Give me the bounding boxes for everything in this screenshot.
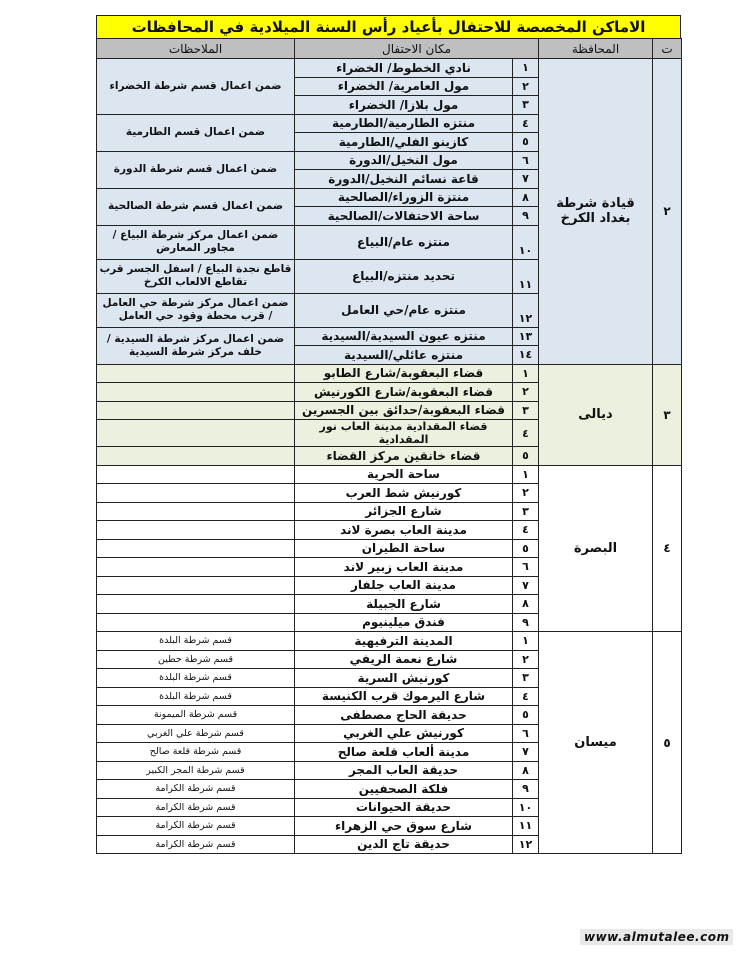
row-note: قسم شرطة الميمونة	[97, 706, 295, 725]
row-note: ضمن اعمال مركز شرطة البياع /مجاور المعار…	[97, 225, 295, 259]
section-seq: ٣	[653, 364, 682, 465]
row-note-empty	[97, 383, 295, 402]
header-place: مكان الاحتفال	[295, 39, 539, 59]
row-place: كازينو الفلي/الطارمية	[295, 133, 513, 152]
section-baghdad-karkh: ٢ قيادة شرطة بغداد الكرخ ١ نادي الخطوط/ …	[97, 59, 682, 365]
celebration-locations-table: ت المحافظة مكان الاحتفال الملاحظات ٢ قيا…	[96, 38, 682, 854]
row-place: نادي الخطوط/ الخضراء	[295, 59, 513, 78]
row-place: مدينة العاب زبير لاند	[295, 558, 513, 577]
row-place: منتزه عيون السيدية/السيدية	[295, 327, 513, 346]
row-number: ١	[513, 632, 539, 651]
row-note: قسم شرطة قلعة صالح	[97, 743, 295, 762]
row-number: ٥	[513, 706, 539, 725]
row-number: ١٢	[513, 293, 539, 327]
row-place: حديقة الحيوانات	[295, 798, 513, 817]
header-notes: الملاحظات	[97, 39, 295, 59]
row-number: ٥	[513, 447, 539, 466]
section-governorate: ديالى	[539, 364, 653, 465]
row-place: قضاء البعقوبة/حدائق بين الجسرين	[295, 401, 513, 420]
row-number: ٨	[513, 595, 539, 614]
row-place: مول العامرية/ الخضراء	[295, 77, 513, 96]
row-note-empty	[97, 502, 295, 521]
section-governorate: البصرة	[539, 465, 653, 632]
row-number: ١١	[513, 817, 539, 836]
row-note: قسم شرطة الكرامة	[97, 798, 295, 817]
section-seq: ٤	[653, 465, 682, 632]
row-place: شارع الجبيلة	[295, 595, 513, 614]
row-note: ضمن اعمال قسم شرطة الخضراء	[97, 59, 295, 115]
row-note: ضمن اعمال قسم الطارمية	[97, 114, 295, 151]
row-place: قضاء المقدادية مدينة العاب نور المقدادية	[295, 420, 513, 447]
row-note: قاطع نجدة البياع / اسفل الجسر قرب تقاطع …	[97, 259, 295, 293]
row-note: قسم شرطة الكرامة	[97, 835, 295, 854]
row-number: ٦	[513, 558, 539, 577]
section-governorate: ميسان	[539, 632, 653, 854]
row-note-empty	[97, 521, 295, 540]
row-note: قسم شرطة حطين	[97, 650, 295, 669]
row-note: قسم شرطة البلدة	[97, 632, 295, 651]
row-note: ضمن اعمال مركز شرطة حي العامل / قرب محطة…	[97, 293, 295, 327]
row-place: كورنيش السرية	[295, 669, 513, 688]
row-number: ٢	[513, 77, 539, 96]
row-number: ٧	[513, 576, 539, 595]
row-place: شارع الجزائر	[295, 502, 513, 521]
row-note-empty	[97, 576, 295, 595]
row-note-empty	[97, 539, 295, 558]
row-number: ٩	[513, 207, 539, 226]
row-place: مدينة العاب بصرة لاند	[295, 521, 513, 540]
row-number: ٦	[513, 151, 539, 170]
row-number: ١	[513, 59, 539, 78]
row-number: ٣	[513, 669, 539, 688]
row-note: ضمن اعمال قسم شرطة الصالحية	[97, 188, 295, 225]
row-place: ساحة الاحتفالات/الصالحية	[295, 207, 513, 226]
row-place: كورنيش علي الغربي	[295, 724, 513, 743]
row-note: ضمن اعمال قسم شرطة الدورة	[97, 151, 295, 188]
row-note: قسم شرطة الكرامة	[97, 780, 295, 799]
row-place: حديقة العاب المجر	[295, 761, 513, 780]
row-place: كورنيش شط العرب	[295, 484, 513, 503]
row-place: منتزة الزوراء/الصالحية	[295, 188, 513, 207]
row-number: ١	[513, 465, 539, 484]
row-place: قضاء البعقوبة/شارع الطابو	[295, 364, 513, 383]
row-place: مول النخيل/الدورة	[295, 151, 513, 170]
row-place: منتزه عام/حي العامل	[295, 293, 513, 327]
row-number: ٦	[513, 724, 539, 743]
table-row: ٢ قيادة شرطة بغداد الكرخ ١ نادي الخطوط/ …	[97, 59, 682, 78]
section-seq: ٥	[653, 632, 682, 854]
row-number: ٧	[513, 170, 539, 189]
row-number: ١٤	[513, 346, 539, 365]
row-number: ٥	[513, 133, 539, 152]
row-number: ٨	[513, 188, 539, 207]
row-number: ٩	[513, 780, 539, 799]
section-diyala: ٣ ديالى ١ قضاء البعقوبة/شارع الطابو ٢ قض…	[97, 364, 682, 465]
row-place: منتزه عائلي/السيدية	[295, 346, 513, 365]
row-place: ساحة الحرية	[295, 465, 513, 484]
section-seq: ٢	[653, 59, 682, 365]
table-row: ٣ ديالى ١ قضاء البعقوبة/شارع الطابو	[97, 364, 682, 383]
row-number: ٣	[513, 502, 539, 521]
row-place: شارع نعمة الريفي	[295, 650, 513, 669]
row-number: ٢	[513, 650, 539, 669]
row-place: قضاء البعقوبة/شارع الكورنيش	[295, 383, 513, 402]
row-number: ٥	[513, 539, 539, 558]
header-seq: ت	[653, 39, 682, 59]
row-place: قاعة نسائم النخيل/الدورة	[295, 170, 513, 189]
section-maysan: ٥ ميسان ١ المدينة الترفيهية قسم شرطة الب…	[97, 632, 682, 854]
row-place: منتزه عام/البياع	[295, 225, 513, 259]
table-row: ٤ البصرة ١ ساحة الحرية	[97, 465, 682, 484]
row-note-empty	[97, 465, 295, 484]
row-number: ٤	[513, 114, 539, 133]
row-number: ٢	[513, 484, 539, 503]
row-place: حديقة الحاج مصطفى	[295, 706, 513, 725]
row-note-empty	[97, 613, 295, 632]
row-note-empty	[97, 447, 295, 466]
row-number: ١	[513, 364, 539, 383]
row-note-empty	[97, 420, 295, 447]
row-note: قسم شرطة البلدة	[97, 687, 295, 706]
row-note-empty	[97, 401, 295, 420]
document-sheet: الاماكن المخصصة للاحتفال بأعياد رأس السن…	[96, 15, 681, 854]
row-number: ١١	[513, 259, 539, 293]
row-note-empty	[97, 558, 295, 577]
section-basra: ٤ البصرة ١ ساحة الحرية ٢ كورنيش شط العرب…	[97, 465, 682, 632]
row-number: ١٢	[513, 835, 539, 854]
row-place: منتزه الطارمية/الطارمية	[295, 114, 513, 133]
row-number: ١٠	[513, 798, 539, 817]
row-place: قضاء خانقين مركز القضاء	[295, 447, 513, 466]
row-number: ٩	[513, 613, 539, 632]
row-place: حديقة تاج الدين	[295, 835, 513, 854]
row-place: شارع سوق حي الزهراء	[295, 817, 513, 836]
row-note-empty	[97, 595, 295, 614]
table-header-row: ت المحافظة مكان الاحتفال الملاحظات	[97, 39, 682, 59]
row-place: مول بلازا/ الخضراء	[295, 96, 513, 115]
row-place: شارع اليرموك قرب الكنيسة	[295, 687, 513, 706]
row-note: قسم شرطة الكرامة	[97, 817, 295, 836]
section-governorate: قيادة شرطة بغداد الكرخ	[539, 59, 653, 365]
row-place: مدينة العاب جلفار	[295, 576, 513, 595]
document-title: الاماكن المخصصة للاحتفال بأعياد رأس السن…	[96, 15, 681, 38]
row-note: قسم شرطة المجر الكبير	[97, 761, 295, 780]
row-note: قسم شرطة البلدة	[97, 669, 295, 688]
row-note: ضمن اعمال مركز شرطة السيدية / خلف مركز ش…	[97, 327, 295, 364]
table-row: ٥ ميسان ١ المدينة الترفيهية قسم شرطة الب…	[97, 632, 682, 651]
row-number: ٣	[513, 401, 539, 420]
row-place: تحديد منتزه/البياع	[295, 259, 513, 293]
row-place: فلكة الصحفيين	[295, 780, 513, 799]
row-number: ٤	[513, 521, 539, 540]
row-number: ٤	[513, 687, 539, 706]
row-number: ١٠	[513, 225, 539, 259]
row-number: ٨	[513, 761, 539, 780]
row-place: فندق ميلينيوم	[295, 613, 513, 632]
row-number: ٧	[513, 743, 539, 762]
row-place: ساحة الطيران	[295, 539, 513, 558]
row-note-empty	[97, 484, 295, 503]
website-watermark: www.almutalee.com	[580, 929, 733, 945]
row-number: ٤	[513, 420, 539, 447]
row-note-empty	[97, 364, 295, 383]
header-governorate: المحافظة	[539, 39, 653, 59]
row-number: ٣	[513, 96, 539, 115]
row-place: مدينة ألعاب قلعة صالح	[295, 743, 513, 762]
row-note: قسم شرطة علي الغربي	[97, 724, 295, 743]
row-place: المدينة الترفيهية	[295, 632, 513, 651]
row-number: ٢	[513, 383, 539, 402]
row-number: ١٣	[513, 327, 539, 346]
